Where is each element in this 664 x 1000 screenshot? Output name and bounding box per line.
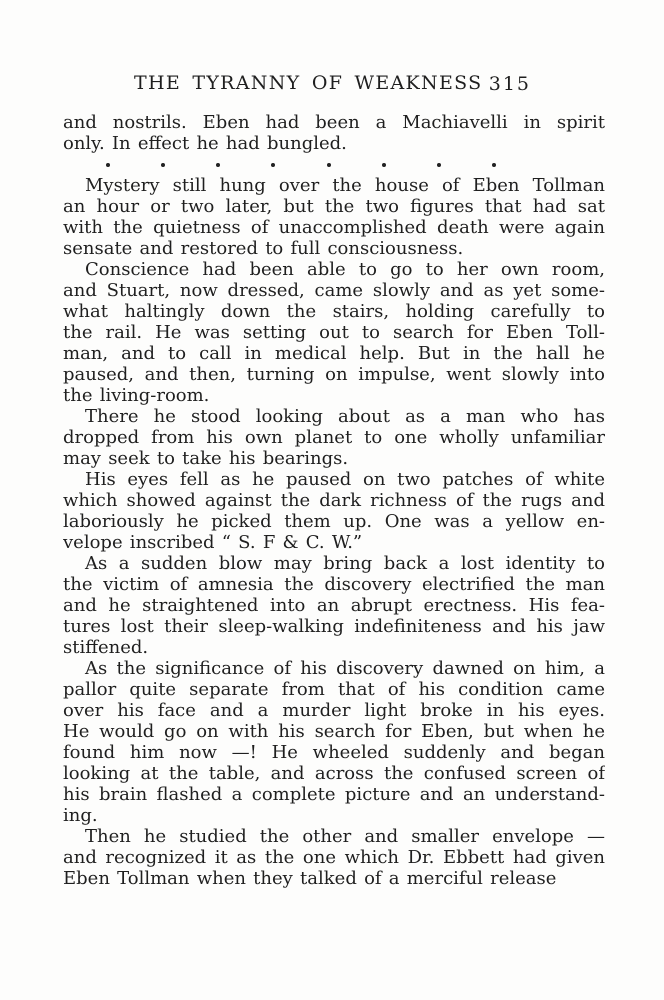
text-line: only. In effect he had bungled. — [63, 133, 605, 154]
separator-dot — [161, 163, 165, 167]
text-line: dropped from his own planet to one wholl… — [63, 427, 605, 448]
separator-dot — [492, 163, 496, 167]
separator-dot — [106, 163, 110, 167]
paragraph: His eyes fell as he paused on two patche… — [63, 469, 605, 553]
page-body: and nostrils. Eben had been a Machiavell… — [63, 112, 605, 889]
text-line: ing. — [63, 805, 605, 826]
text-line: the rail. He was setting out to search f… — [63, 322, 605, 343]
text-line: paused, and then, turning on impulse, we… — [63, 364, 605, 385]
text-line: an hour or two later, but the two figure… — [63, 196, 605, 217]
paragraph: Mystery still hung over the house of Ebe… — [63, 175, 605, 259]
text-line: As the significance of his discovery daw… — [63, 658, 605, 679]
text-line: man, and to call in medical help. But in… — [63, 343, 605, 364]
text-line: may seek to take his bearings. — [63, 448, 605, 469]
text-line: looking at the table, and across the con… — [63, 763, 605, 784]
paragraph: Conscience had been able to go to her ow… — [63, 259, 605, 406]
separator-dot — [327, 163, 331, 167]
text-line: As a sudden blow may bring back a lost i… — [63, 553, 605, 574]
separator-dot — [271, 163, 275, 167]
paragraph: There he stood looking about as a man wh… — [63, 406, 605, 469]
text-line: tures lost their sleep-walking indefinit… — [63, 616, 605, 637]
page-number: 315 — [489, 73, 531, 95]
text-line: found him now —! He wheeled suddenly and… — [63, 742, 605, 763]
text-line: His eyes fell as he paused on two patche… — [63, 469, 605, 490]
text-line: pallor quite separate from that of his c… — [63, 679, 605, 700]
text-line: Conscience had been able to go to her ow… — [63, 259, 605, 280]
paragraph: As the significance of his discovery daw… — [63, 658, 605, 826]
separator-dot — [382, 163, 386, 167]
text-line: what haltingly down the stairs, holding … — [63, 301, 605, 322]
text-line: the living-room. — [63, 385, 605, 406]
running-header-title: THE TYRANNY OF WEAKNESS — [134, 72, 482, 94]
book-page: THE TYRANNY OF WEAKNESS 315 and nostrils… — [0, 0, 664, 1000]
text-line: and Stuart, now dressed, came slowly and… — [63, 280, 605, 301]
text-line: sensate and restored to full consciousne… — [63, 238, 605, 259]
text-line: There he stood looking about as a man wh… — [63, 406, 605, 427]
paragraph: Then he studied the other and smaller en… — [63, 826, 605, 889]
text-line: and he straightened into an abrupt erect… — [63, 595, 605, 616]
paragraph: As a sudden blow may bring back a lost i… — [63, 553, 605, 658]
text-line: which showed against the dark richness o… — [63, 490, 605, 511]
text-line: his brain flashed a complete picture and… — [63, 784, 605, 805]
text-line: velope inscribed “ S. F & C. W.” — [63, 532, 605, 553]
text-line: the victim of amnesia the discovery elec… — [63, 574, 605, 595]
section-break — [106, 154, 496, 175]
running-header: THE TYRANNY OF WEAKNESS 315 — [63, 72, 605, 98]
paragraph: and nostrils. Eben had been a Machiavell… — [63, 112, 605, 154]
text-line: He would go on with his search for Eben,… — [63, 721, 605, 742]
separator-dot — [437, 163, 441, 167]
text-line: stiffened. — [63, 637, 605, 658]
text-line: Mystery still hung over the house of Ebe… — [63, 175, 605, 196]
separator-dot — [216, 163, 220, 167]
text-line: Then he studied the other and smaller en… — [63, 826, 605, 847]
text-line: Eben Tollman when they talked of a merci… — [63, 868, 605, 889]
text-line: and nostrils. Eben had been a Machiavell… — [63, 112, 605, 133]
text-line: laboriously he picked them up. One was a… — [63, 511, 605, 532]
text-line: with the quietness of unaccomplished dea… — [63, 217, 605, 238]
text-line: over his face and a murder light broke i… — [63, 700, 605, 721]
text-line: and recognized it as the one which Dr. E… — [63, 847, 605, 868]
